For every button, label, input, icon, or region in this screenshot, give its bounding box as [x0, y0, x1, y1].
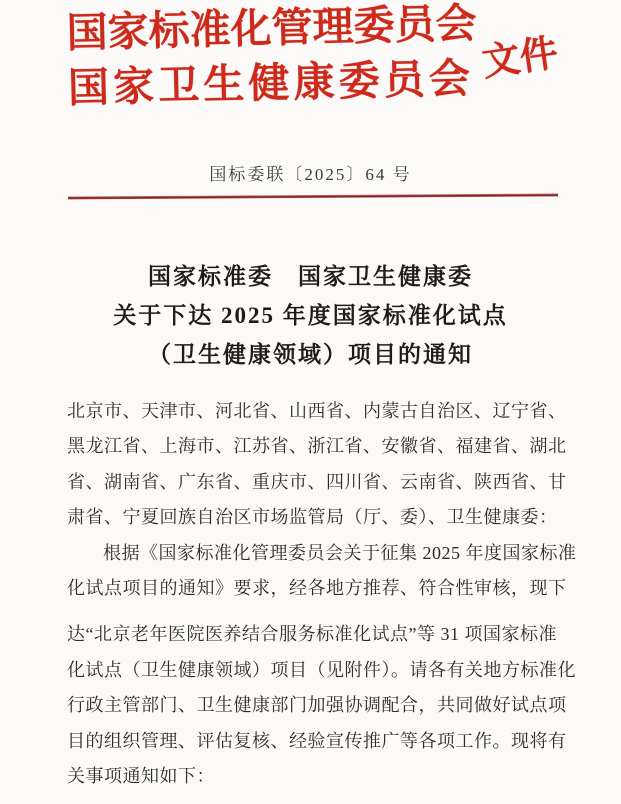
body-line: 化试点（卫生健康领域）项目（见附件）。请各有关地方标准化 — [67, 653, 557, 688]
body-text: 北京市、天津市、河北省、山西省、内蒙古自治区、辽宁省、 黑龙江省、上海市、江苏省… — [67, 394, 557, 794]
title-line2: 关于下达 2025 年度国家标准化试点 — [0, 296, 621, 335]
body-line: 关事项通知如下： — [67, 759, 557, 794]
body-line: 目的组织管理、评估复核、经验宣传推广等各项工作。现将有 — [67, 724, 557, 759]
body-line: 黑龙江省、上海市、江苏省、浙江省、安徽省、福建省、湖北 — [67, 429, 557, 464]
letterhead-org-line2: 国家卫生健康委员会 — [67, 51, 470, 116]
body-line: 化试点项目的通知》要求，经各地方推荐、符合性审核，现下 — [67, 571, 557, 606]
letterhead: 国家标准化管理委员会 国家卫生健康委员会 — [66, 0, 471, 116]
red-divider-rule — [68, 194, 558, 200]
document-title: 国家标准委 国家卫生健康委 关于下达 2025 年度国家标准化试点 （卫生健康领… — [0, 257, 621, 374]
document-page: 国家标准化管理委员会 国家卫生健康委员会 文件 国标委联〔2025〕64 号 国… — [0, 0, 621, 804]
body-line: 北京市、天津市、河北省、山西省、内蒙古自治区、辽宁省、 — [67, 394, 557, 429]
title-line1: 国家标准委 国家卫生健康委 — [0, 257, 621, 296]
body-line: 肃省、宁夏回族自治区市场监管局（厅、委）、卫生健康委： — [67, 500, 557, 535]
letterhead-file-label: 文件 — [478, 21, 561, 86]
body-line: 省、湖南省、广东省、重庆市、四川省、云南省、陕西省、甘 — [67, 465, 557, 500]
body-line: 达“北京老年医院医养结合服务标准化试点”等 31 项国家标准 — [67, 617, 557, 652]
document-number: 国标委联〔2025〕64 号 — [0, 160, 621, 185]
body-line: 行政主管部门、卫生健康部门加强协调配合，共同做好试点项 — [67, 688, 557, 723]
title-line3: （卫生健康领域）项目的通知 — [0, 335, 621, 374]
body-line: 根据《国家标准化管理委员会关于征集 2025 年度国家标准 — [67, 536, 557, 571]
